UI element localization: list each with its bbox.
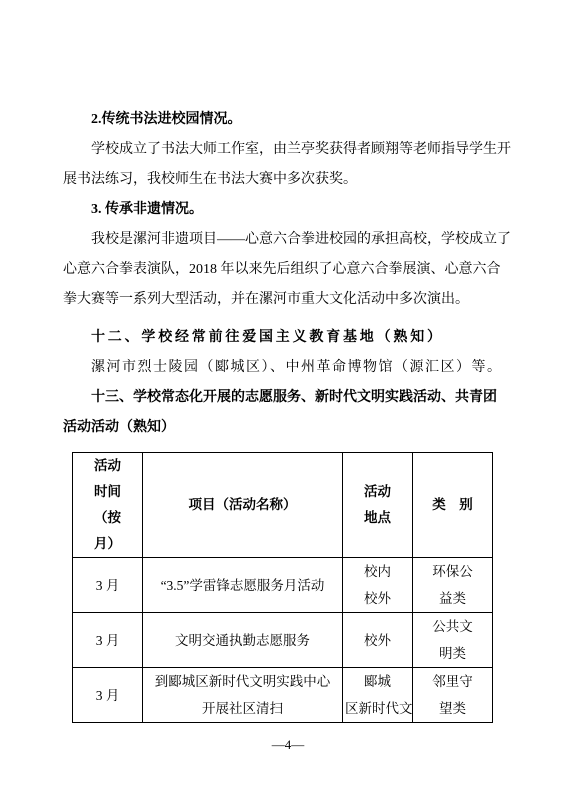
heading-patriotic-bases: 十二、学校经常前往爱国主义教育基地（熟知） bbox=[63, 323, 513, 353]
document-page: 2.传统书法进校园情况。 学校成立了书法大师工作室，由兰亭奖获得者顾翔等老师指导… bbox=[0, 0, 570, 755]
page-number: —4— bbox=[63, 735, 513, 755]
paragraph-heritage: 我校是漯河非遗项目——心意六合拳进校园的承担高校，学校成立了 心意六合拳表演队，… bbox=[63, 225, 513, 315]
cell-category: 公共文 明类 bbox=[413, 613, 493, 668]
header-cell-category: 类 别 bbox=[413, 453, 493, 558]
cell-month: 3 月 bbox=[73, 558, 143, 613]
activities-table: 活动 时间 （按 月） 项目（活动名称） 活动 地点 类 别 3 月 “3.5”… bbox=[72, 452, 493, 723]
table-header-row: 活动 时间 （按 月） 项目（活动名称） 活动 地点 类 别 bbox=[73, 453, 493, 558]
heading-volunteer-section: 十三、学校常态化开展的志愿服务、新时代文明实践活动、共青团 活动活动（熟知） bbox=[63, 383, 513, 443]
heading-heritage-section: 3. 传承非遗情况。 bbox=[63, 195, 513, 225]
cell-month: 3 月 bbox=[73, 613, 143, 668]
paragraph-patriotic-bases: 漯河市烈士陵园（郾城区）、中州革命博物馆（源汇区）等。 bbox=[63, 353, 513, 383]
cell-location: 校内 校外 bbox=[343, 558, 413, 613]
cell-project: 文明交通执勤志愿服务 bbox=[143, 613, 343, 668]
heading-calligraphy-section: 2.传统书法进校园情况。 bbox=[63, 105, 513, 135]
cell-month: 3 月 bbox=[73, 668, 143, 723]
table-row: 3 月 “3.5”学雷锋志愿服务月活动 校内 校外 环保公 益类 bbox=[73, 558, 493, 613]
header-cell-activity-location: 活动 地点 bbox=[343, 453, 413, 558]
cell-project: 到郾城区新时代文明实践中心 开展社区清扫 bbox=[143, 668, 343, 723]
header-cell-activity-time: 活动 时间 （按 月） bbox=[73, 453, 143, 558]
cell-category: 邻里守 望类 bbox=[413, 668, 493, 723]
cell-category: 环保公 益类 bbox=[413, 558, 493, 613]
table-row: 3 月 文明交通执勤志愿服务 校外 公共文 明类 bbox=[73, 613, 493, 668]
cell-location: 校外 bbox=[343, 613, 413, 668]
cell-location: 郾城 区新时代文 bbox=[343, 668, 413, 723]
cell-project: “3.5”学雷锋志愿服务月活动 bbox=[143, 558, 343, 613]
table-row: 3 月 到郾城区新时代文明实践中心 开展社区清扫 郾城 区新时代文 邻里守 望类 bbox=[73, 668, 493, 723]
header-cell-project-name: 项目（活动名称） bbox=[143, 453, 343, 558]
paragraph-calligraphy: 学校成立了书法大师工作室，由兰亭奖获得者顾翔等老师指导学生开 展书法练习，我校师… bbox=[63, 135, 513, 195]
